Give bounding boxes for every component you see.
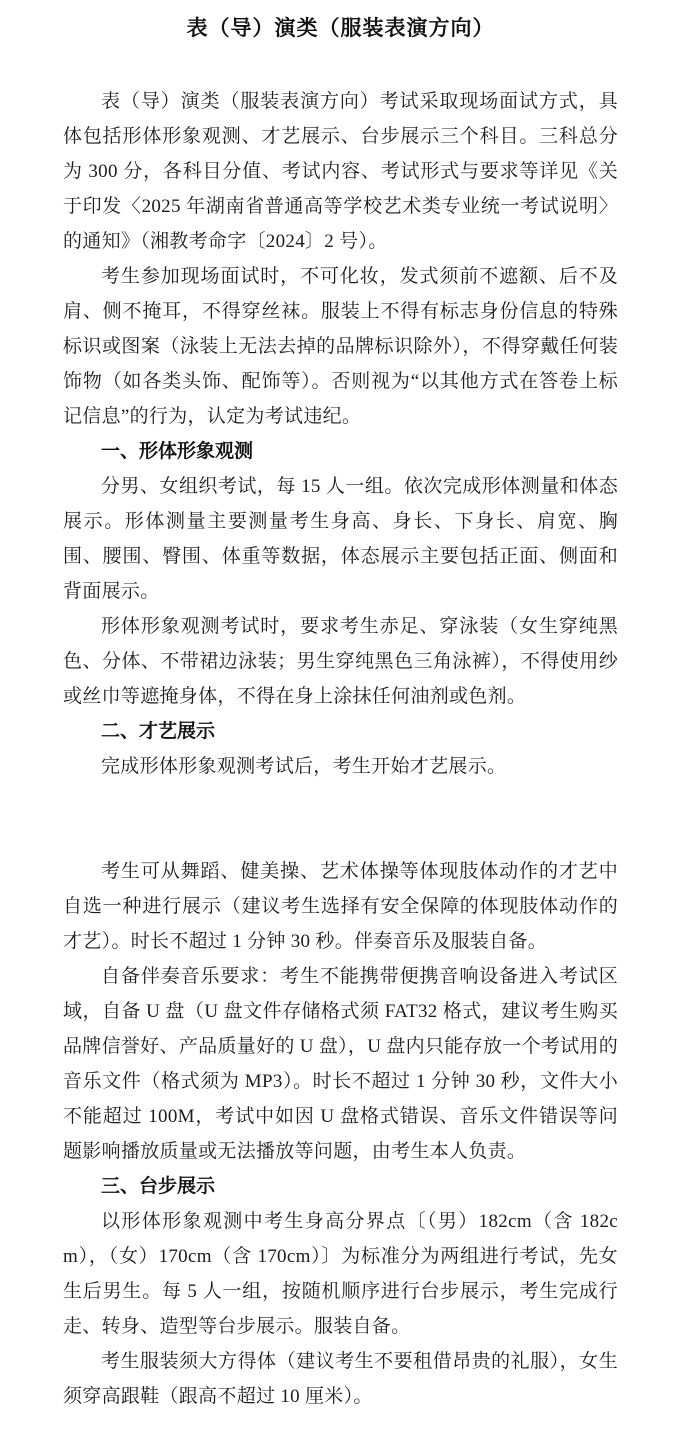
section-3-paragraph-dress-code: 考生服装须大方得体（建议考生不要租借昂贵的礼服），女生须穿高跟鞋（跟高不超过 1…	[63, 1344, 618, 1414]
document-page: 表（导）演类（服装表演方向） 表（导）演类（服装表演方向）考试采取现场面试方式，…	[0, 0, 680, 1444]
section-3-paragraph-grouping: 以形体形象观测中考生身高分界点〔（男）182cm（含 182cm），（女）170…	[63, 1204, 618, 1344]
section-1-paragraph-grouping: 分男、女组织考试，每 15 人一组。依次完成形体测量和体态展示。形体测量主要测量…	[63, 469, 618, 609]
interview-rules-paragraph: 考生参加现场面试时，不可化妆，发式须前不遮额、后不及肩、侧不掩耳，不得穿丝袜。服…	[63, 259, 618, 434]
page-break-gap	[63, 784, 618, 854]
section-1-paragraph-swimwear: 形体形象观测考试时，要求考生赤足、穿泳装（女生穿纯黑色、分体、不带裙边泳装；男生…	[63, 609, 618, 714]
intro-paragraph: 表（导）演类（服装表演方向）考试采取现场面试方式，具体包括形体形象观测、才艺展示…	[63, 84, 618, 259]
section-2-paragraph-music-requirements: 自备伴奏音乐要求：考生不能携带便携音响设备进入考试区域，自备 U 盘（U 盘文件…	[63, 959, 618, 1169]
section-2-paragraph-start: 完成形体形象观测考试后，考生开始才艺展示。	[63, 749, 618, 784]
section-2-paragraph-talent-choice: 考生可从舞蹈、健美操、艺术体操等体现肢体动作的才艺中自选一种进行展示（建议考生选…	[63, 854, 618, 959]
section-3-heading: 三、台步展示	[63, 1169, 618, 1204]
section-2-heading: 二、才艺展示	[63, 714, 618, 749]
section-1-heading: 一、形体形象观测	[63, 434, 618, 469]
document-title: 表（导）演类（服装表演方向）	[63, 14, 618, 44]
